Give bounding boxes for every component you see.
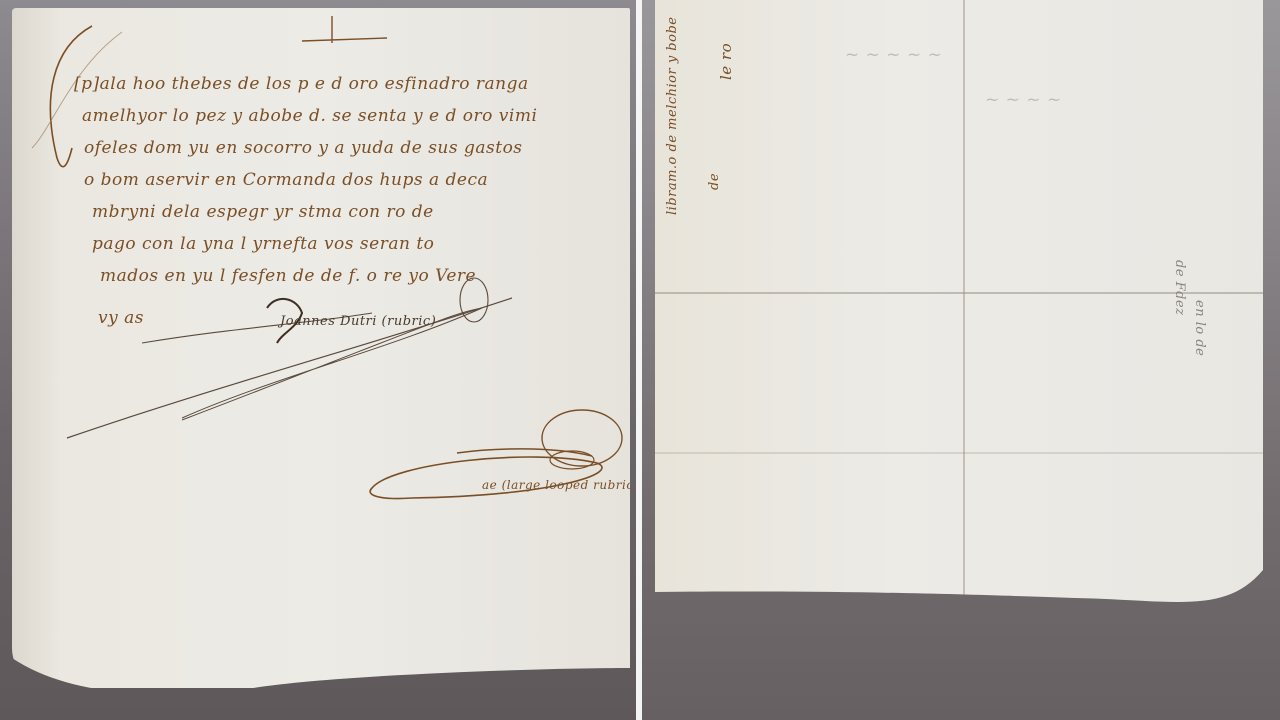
text-line-5: mbryni dela espegr yr stma con ro de [92,202,434,222]
text-line-7: mados en yu l fesfen de de f. o re yo Ve… [100,266,476,286]
text-line-4: o bom aservir en Cormanda dos hups a dec… [84,170,488,190]
signature-1: Joannes Dutri (rubric) [280,314,436,329]
margin-note-line-1: de Fdez [1172,260,1187,316]
signature-2: ae (large looped rubric) [482,478,636,492]
text-line-2: amelhyor lo pez y abobe d. se senta y e … [82,106,537,126]
text-line-6: pago con la yna l yrnefta vos seran to [92,234,434,254]
bleedthrough-text: ~ ~ ~ ~ [985,90,1062,110]
photo-right-verso: ~ ~ ~ ~ ~ ~ ~ ~ ~ libram.o de melchior y… [642,0,1280,720]
fold-line-horizontal-lower [655,452,1263,454]
text-line-8: vy as [98,308,144,328]
photo-left-recto: [p]ala hoo thebes de los p e d oro esfin… [0,0,636,720]
fold-line-vertical [963,0,965,600]
manuscript-page-recto: [p]ala hoo thebes de los p e d oro esfin… [12,8,630,688]
manuscript-page-verso: ~ ~ ~ ~ ~ ~ ~ ~ ~ libram.o de melchior y… [655,0,1263,610]
text-line-1: [p]ala hoo thebes de los p e d oro esfin… [74,74,529,94]
margin-note-line-2: en lo de [1192,300,1207,356]
endorsement-line-1: libram.o de melchior y bobe [665,17,680,215]
endorsement-line-3: le ro [717,43,735,80]
text-line-3: ofeles dom yu en socorro y a yuda de sus… [84,138,523,158]
endorsement-line-2: de [707,173,722,190]
bleedthrough-text: ~ ~ ~ ~ ~ [845,45,942,65]
